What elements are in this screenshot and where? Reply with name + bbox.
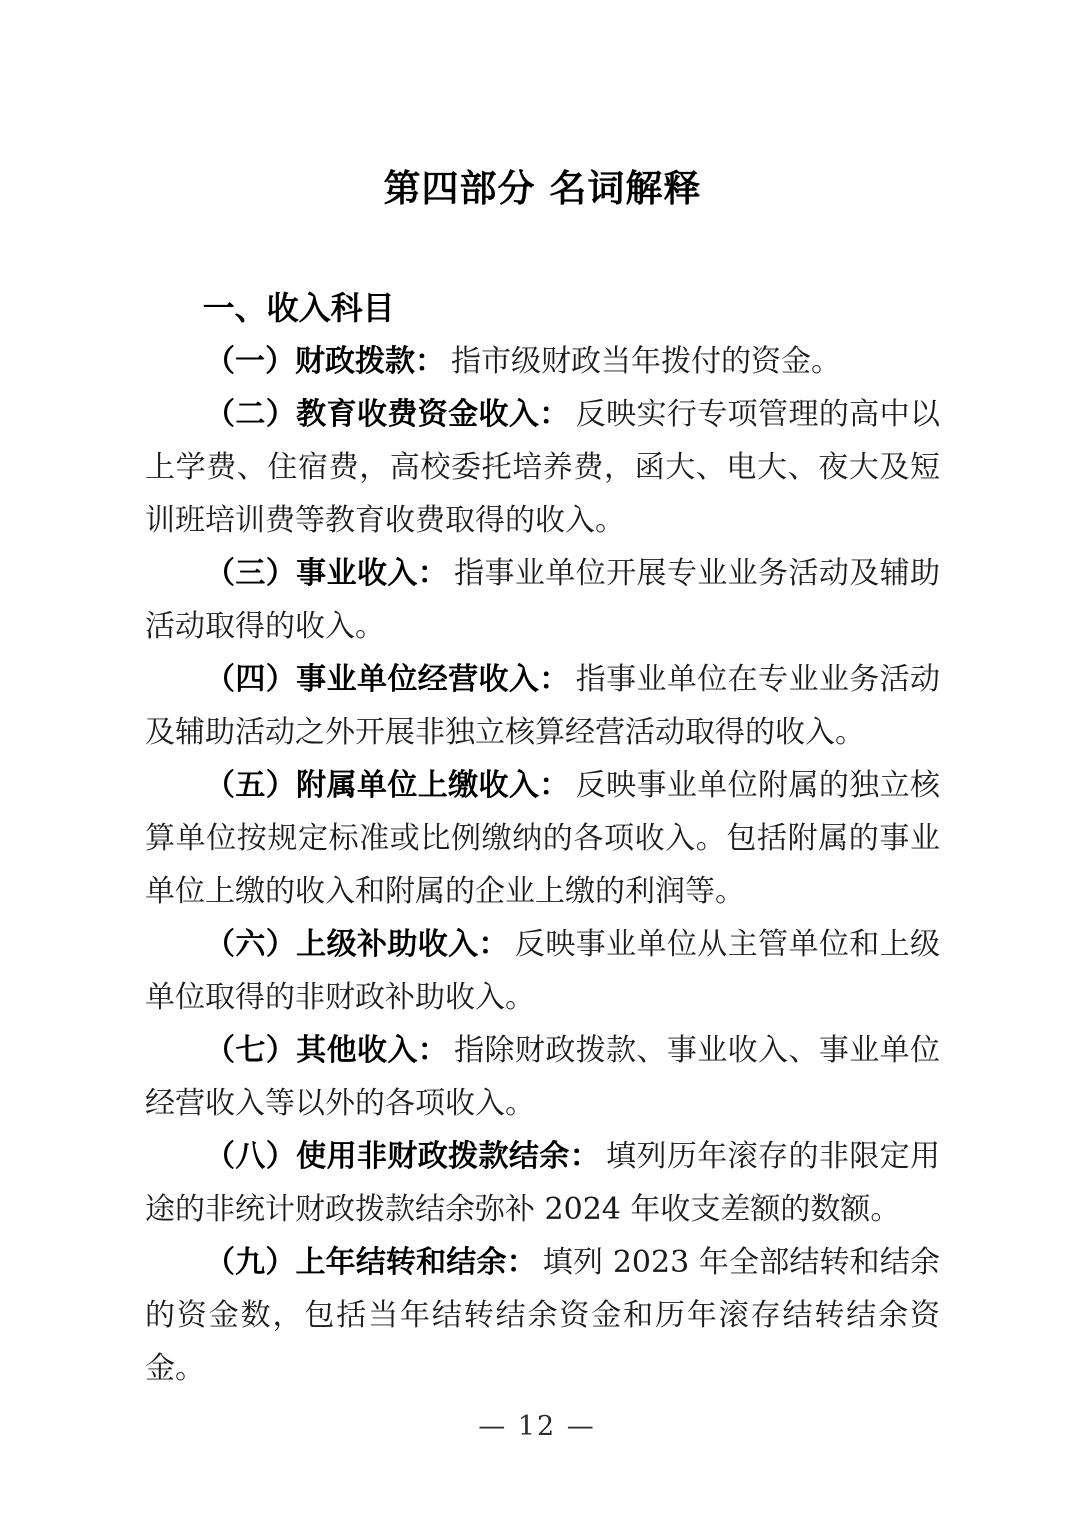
term-label-7: （七）其他收入： — [205, 1033, 448, 1068]
definition-paragraph-7: （七）其他收入：指除财政拨款、事业收入、事业单位经营收入等以外的各项收入。 — [145, 1024, 940, 1130]
definition-paragraph-5: （五）附属单位上缴收入：反映事业单位附属的独立核算单位按规定标准或比例缴纳的各项… — [145, 759, 940, 918]
page-title: 第四部分 名词解释 — [145, 166, 940, 212]
term-label-5: （五）附属单位上缴收入： — [205, 768, 570, 803]
definition-paragraph-3: （三）事业收入：指事业单位开展专业业务活动及辅助活动取得的收入。 — [145, 547, 940, 653]
section-heading-income-items: 一、收入科目 — [145, 282, 940, 335]
definition-paragraph-1: （一）财政拨款：指市级财政当年拨付的资金。 — [145, 335, 940, 388]
term-label-3: （三）事业收入： — [205, 556, 448, 591]
term-label-9: （九）上年结转和结余： — [205, 1245, 537, 1280]
definition-paragraph-4: （四）事业单位经营收入：指事业单位在专业业务活动及辅助活动之外开展非独立核算经营… — [145, 653, 940, 759]
term-label-2: （二）教育收费资金收入： — [205, 397, 570, 432]
definition-paragraph-2: （二）教育收费资金收入：反映实行专项管理的高中以上学费、住宿费，高校委托培养费，… — [145, 388, 940, 547]
term-label-8: （八）使用非财政拨款结余： — [205, 1139, 600, 1174]
term-label-1: （一）财政拨款： — [205, 344, 445, 379]
definition-paragraph-9: （九）上年结转和结余：填列 2023 年全部结转和结余的资金数，包括当年结转结余… — [145, 1236, 940, 1395]
term-label-6: （六）上级补助收入： — [205, 927, 509, 962]
definition-paragraph-8: （八）使用非财政拨款结余：填列历年滚存的非限定用途的非统计财政拨款结余弥补 20… — [145, 1130, 940, 1236]
term-definition-1: 指市级财政当年拨付的资金。 — [451, 344, 841, 379]
definition-paragraph-6: （六）上级补助收入：反映事业单位从主管单位和上级单位取得的非财政补助收入。 — [145, 918, 940, 1024]
document-page: 第四部分 名词解释 一、收入科目 （一）财政拨款：指市级财政当年拨付的资金。 （… — [0, 0, 1074, 1520]
document-body: 第四部分 名词解释 一、收入科目 （一）财政拨款：指市级财政当年拨付的资金。 （… — [145, 166, 940, 1395]
term-label-4: （四）事业单位经营收入： — [205, 662, 570, 697]
page-number: — 12 — — [478, 1411, 596, 1442]
page-footer: — 12 — — [0, 1411, 1074, 1442]
